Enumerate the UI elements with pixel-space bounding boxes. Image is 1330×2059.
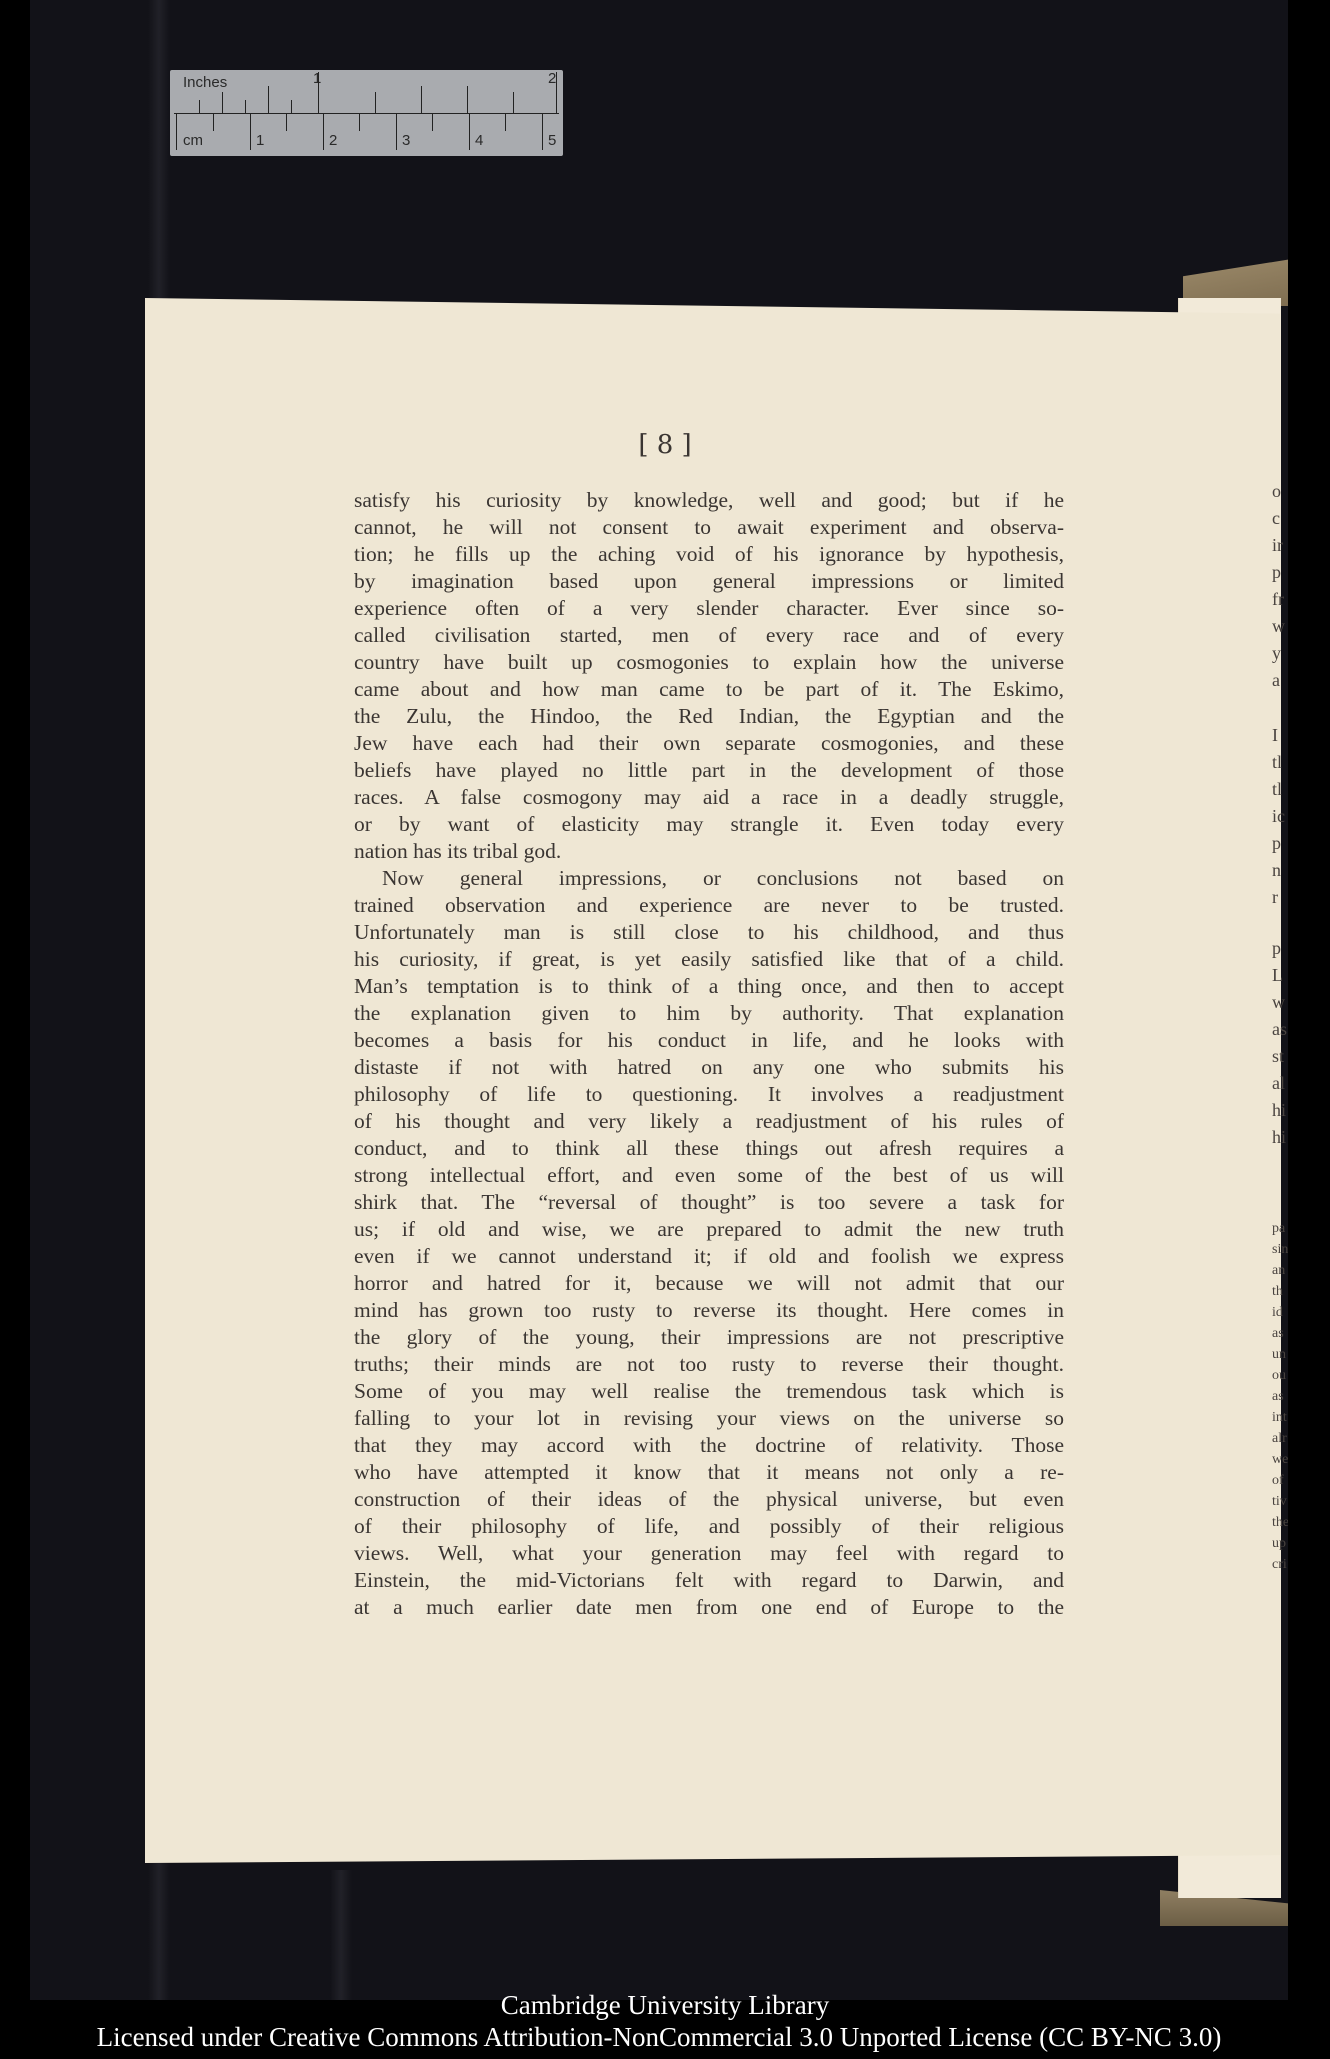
text-line: that they may accord with the doctrine o… [354,1432,1064,1459]
ruler-tick [268,86,269,113]
fragment: th [1272,1281,1288,1302]
fragment: of [1272,1470,1288,1491]
ruler-cm-mark: 4 [475,132,483,149]
ruler-tick [323,113,324,150]
text-line: beliefs have played no little part in th… [354,757,1064,784]
text-line: the glory of the young, their impression… [354,1324,1064,1351]
ruler-tick [432,113,433,131]
fragment: r [1272,884,1288,911]
fragment: the [1272,1512,1288,1533]
text-line: strong intellectual effort, and even som… [354,1162,1064,1189]
text-line: of his thought and very likely a readjus… [354,1108,1064,1135]
ruler-tick [469,113,470,150]
text-line: came about and how man came to be part o… [354,676,1064,703]
fragment: as [1272,1386,1288,1407]
fragment: int [1272,1407,1288,1428]
page-body-text: satisfy his curiosity by knowledge, well… [354,487,1064,1621]
ruler-tick [245,100,246,113]
text-line: trained observation and experience are n… [354,892,1064,919]
ruler-inches-label: Inches [183,74,227,91]
fragment: c [1272,505,1288,532]
fragment: al [1272,1070,1288,1097]
ruler-cm-mark: 5 [548,132,556,149]
text-line: races. A false cosmogony may aid a race … [354,784,1064,811]
text-line: shirk that. The “reversal of thought” is… [354,1189,1064,1216]
fragment: y [1272,640,1288,667]
ruler-tick [359,113,360,131]
fragment: cri [1272,1554,1288,1575]
text-line: at a much earlier date men from one end … [354,1594,1064,1621]
text-line: nation has its tribal god. [354,838,1064,865]
text-line: falling to your lot in revising your vie… [354,1405,1064,1432]
fragment: a [1272,667,1288,694]
text-line: truths; their minds are not too rusty to… [354,1351,1064,1378]
text-line: cannot, he will not consent to await exp… [354,514,1064,541]
text-line: Einstein, the mid-Victorians felt with r… [354,1567,1064,1594]
text-line: philosophy of life to questioning. It in… [354,1081,1064,1108]
fragment: L [1272,962,1288,989]
text-line: Unfortunately man is still close to his … [354,919,1064,946]
fragment: o [1272,478,1288,505]
ruler-tick [318,72,319,113]
ruler-tick [213,113,214,131]
text-line: by imagination based upon general impres… [354,568,1064,595]
fragment: pa [1272,1218,1288,1239]
fragment: id [1272,1302,1288,1323]
fragment: tl [1272,776,1288,803]
text-line: Man’s temptation is to think of a thing … [354,973,1064,1000]
text-line: views. Well, what your generation may fe… [354,1540,1064,1567]
fragment: as [1272,1323,1288,1344]
ruler-tick [421,86,422,113]
fragment: ou [1272,1365,1288,1386]
fragment: up [1272,1533,1288,1554]
scan-border [1288,0,1330,2059]
board-shadow [330,1870,352,2000]
fragment: ic [1272,803,1288,830]
fragment: w [1272,613,1288,640]
fragment: as [1272,1016,1288,1043]
ruler-tick [375,92,376,113]
ruler-tick [222,92,223,113]
ruler-tick [556,72,557,113]
text-line: country have built up cosmogonies to exp… [354,649,1064,676]
text-line: Jew have each had their own separate cos… [354,730,1064,757]
next-page-fragment-block: p L w as st al hi hi [1272,935,1288,1151]
text-line: the Zulu, the Hindoo, the Red Indian, th… [354,703,1064,730]
text-line: or by want of elasticity may strangle it… [354,811,1064,838]
ruler-tick [396,113,397,150]
page-number: [ 8 ] [0,430,1330,460]
text-line: horror and hatred for it, because we wil… [354,1270,1064,1297]
text-line: of their philosophy of life, and possibl… [354,1513,1064,1540]
fragment: tl [1272,749,1288,776]
fragment: fr [1272,586,1288,613]
fragment: st [1272,1043,1288,1070]
fragment: an [1272,1260,1288,1281]
text-line: conduct, and to think all these things o… [354,1135,1064,1162]
fragment: un [1272,1344,1288,1365]
text-line: distaste if not with hatred on any one w… [354,1054,1064,1081]
text-line: even if we cannot understand it; if old … [354,1243,1064,1270]
next-page-fragment-block: I tl tl ic p n r [1272,722,1288,911]
text-line: who have attempted it know that it means… [354,1459,1064,1486]
text-line: the explanation given to him by authorit… [354,1000,1064,1027]
scale-ruler: Inches 1 2 cm 1 2 3 4 5 [170,70,563,156]
fragment: sin [1272,1239,1288,1260]
fragment: p [1272,935,1288,962]
fragment: n [1272,857,1288,884]
ruler-tick [542,113,543,150]
fragment: ir [1272,532,1288,559]
fragment: alr [1272,1428,1288,1449]
ruler-cm-mark: 2 [329,132,337,149]
ruler-cm-mark: 1 [256,132,264,149]
text-line: tion; he fills up the aching void of his… [354,541,1064,568]
ruler-tick [286,113,287,131]
license-notice: Licensed under Creative Commons Attribut… [0,2022,1324,2053]
text-line: us; if old and wise, we are prepared to … [354,1216,1064,1243]
library-credit: Cambridge University Library [0,1990,1330,2021]
text-line: experience often of a very slender chara… [354,595,1064,622]
next-page-fragment-block: o c ir p fr w y a [1272,478,1288,694]
text-line: construction of their ideas of the physi… [354,1486,1064,1513]
text-line: his curiosity, if great, is yet easily s… [354,946,1064,973]
ruler-axis [174,113,559,114]
paragraph-start-line: Now general impressions, or conclusions … [354,865,1064,892]
fragment: tiv [1272,1491,1288,1512]
ruler-tick [250,113,251,150]
text-line: mind has grown too rusty to reverse its … [354,1297,1064,1324]
fragment: we [1272,1449,1288,1470]
text-line: satisfy his curiosity by knowledge, well… [354,487,1064,514]
ruler-tick [176,113,177,150]
ruler-cm-label: cm [183,132,203,149]
text-line: becomes a basis for his conduct in life,… [354,1027,1064,1054]
next-page-fragment-block: pa sin an th id as un ou as int alr we o… [1272,1218,1288,1575]
ruler-tick [505,113,506,131]
ruler-tick [291,100,292,113]
fragment: I [1272,722,1288,749]
text-line: Some of you may well realise the tremend… [354,1378,1064,1405]
ruler-cm-mark: 3 [402,132,410,149]
ruler-tick [467,86,468,113]
fragment: hi [1272,1097,1288,1124]
fragment: hi [1272,1124,1288,1151]
fragment: p [1272,830,1288,857]
fragment: w [1272,989,1288,1016]
fragment: p [1272,559,1288,586]
ruler-tick [513,92,514,113]
text-line: called civilisation started, men of ever… [354,622,1064,649]
ruler-tick [199,100,200,113]
